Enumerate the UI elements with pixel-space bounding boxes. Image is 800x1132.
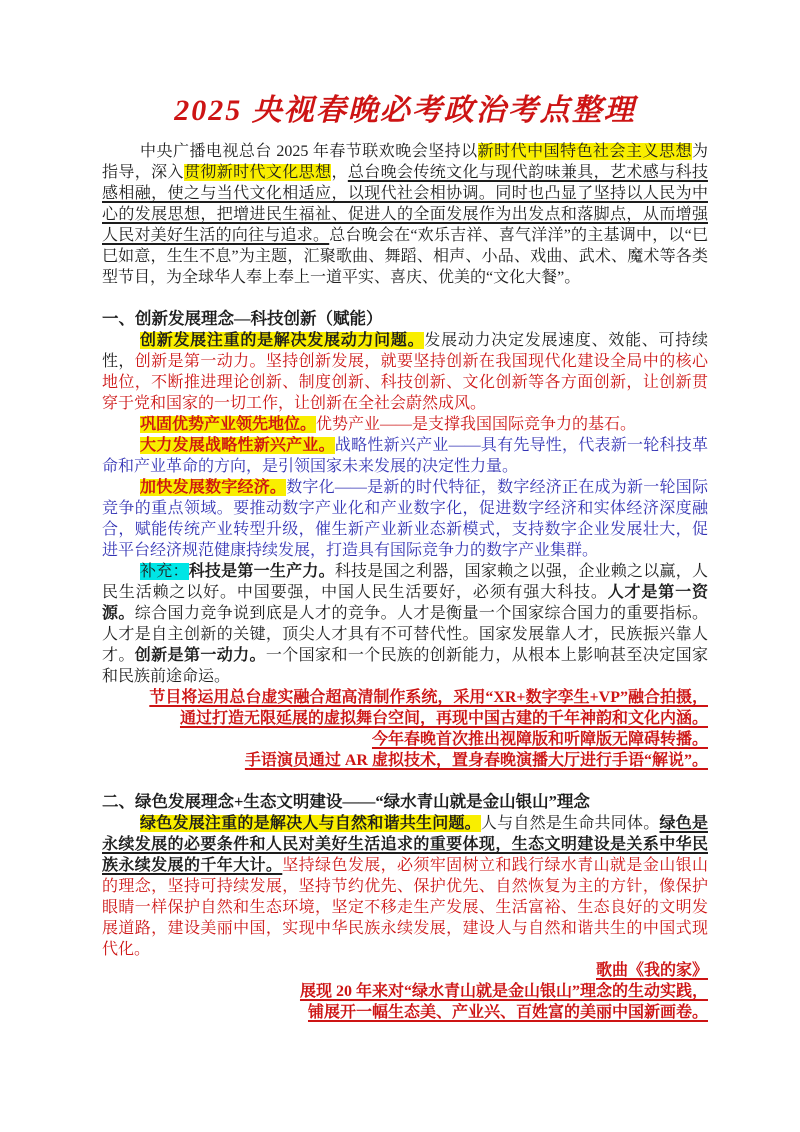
text-run: 绿色发展注重的是解决人与自然和谐共生问题。: [140, 815, 481, 832]
paragraph: 创新发展注重的是解决发展动力问题。发展动力决定发展速度、效能、可持续性，创新是第…: [102, 330, 708, 414]
text-run: 优势产业——是支撑我国国际竞争力的基石。: [316, 416, 636, 433]
text-run: 创新发展注重的是解决发展动力问题。: [140, 332, 424, 349]
text-run: 贯彻新时代文化思想: [184, 164, 332, 181]
paragraph: 加快发展数字经济。数字化——是新的时代特征，数字经济正在成为新一轮国际竞争的重点…: [102, 477, 708, 561]
section-heading: 一、创新发展理念—科技创新（赋能）: [102, 308, 708, 330]
section-heading: 二、绿色发展理念+生态文明建设——“绿水青山就是金山银山”理念: [102, 791, 708, 813]
text-run: ，: [331, 164, 347, 181]
text-run: 歌曲《我的家》: [596, 962, 708, 979]
document-body: 中央广播电视总台 2025 年春节联欢晚会坚持以新时代中国特色社会主义思想为指导…: [102, 141, 708, 1023]
paragraph: 大力发展战略性新兴产业。战略性新兴产业——具有先导性，代表新一轮科技革命和产业革…: [102, 435, 708, 477]
annotation-line: 展现 20 年来对“绿水青山就是金山银山”理念的生动实践，: [102, 981, 708, 1002]
text-run: 中央广播电视总台 2025 年春节联欢晚会坚持以: [140, 143, 478, 160]
text-run: 科技是第一生产力。: [189, 563, 335, 580]
annotation-line: 铺展开一幅生态美、产业兴、百姓富的美丽中国新画卷。: [102, 1002, 708, 1023]
paragraph: 补充：科技是第一生产力。科技是国之利器，国家赖之以强，企业赖之以赢，人民生活赖之…: [102, 561, 708, 687]
annotation-line: 手语演员通过 AR 虚拟技术，置身春晚演播大厅进行手语“解说”。: [102, 750, 708, 771]
paragraph: 巩固优势产业领先地位。优势产业——是支撑我国国际竞争力的基石。: [102, 414, 708, 435]
paragraph: 绿色发展注重的是解决人与自然和谐共生问题。人与自然是生命共同体。绿色是永续发展的…: [102, 813, 708, 960]
document-title: 2025 央视春晚必考政治考点整理: [102, 94, 708, 128]
text-run: 补充：: [140, 563, 189, 580]
annotation-line: 今年春晚首次推出视障版和听障版无障碍转播。: [102, 729, 708, 750]
text-run: 今年春晚首次推出视障版和听障版无障碍转播。: [372, 731, 708, 748]
annotation-line: 节目将运用总台虚实融合超高清制作系统，采用“XR+数字孪生+VP”融合拍摄，: [102, 687, 708, 708]
annotation-line: 通过打造无限延展的虚拟舞台空间，再现中国古建的千年神韵和文化内涵。: [102, 708, 708, 729]
text-run: 通过打造无限延展的虚拟舞台空间，再现中国古建的千年神韵和文化内涵。: [180, 710, 708, 727]
text-run: 大力发展战略性新兴产业。: [140, 437, 335, 454]
text-run: 巩固优势产业领先地位。: [140, 416, 316, 433]
text-run: 创新是第一动力。: [135, 647, 266, 664]
text-run: 节目将运用总台虚实融合超高清制作系统，采用“XR+数字孪生+VP”融合拍摄，: [149, 689, 708, 706]
text-run: 新时代中国特色社会主义思想: [478, 143, 692, 160]
text-run: 加快发展数字经济。: [140, 479, 286, 496]
paragraph: 中央广播电视总台 2025 年春节联欢晚会坚持以新时代中国特色社会主义思想为指导…: [102, 141, 708, 288]
text-run: 铺展开一幅生态美、产业兴、百姓富的美丽中国新画卷。: [308, 1004, 708, 1021]
text-run: 展现 20 年来对“绿水青山就是金山银山”理念的生动实践，: [300, 983, 708, 1000]
text-run: 手语演员通过 AR 虚拟技术，置身春晚演播大厅进行手语“解说”。: [245, 752, 708, 769]
text-run: 人与自然是生命共同体。: [481, 815, 660, 832]
text-run: 二、绿色发展理念+生态文明建设——“绿水青山就是金山银山”理念: [102, 792, 590, 811]
annotation-line: 歌曲《我的家》: [102, 960, 708, 981]
text-run: 一、创新发展理念—科技创新（赋能）: [102, 309, 383, 328]
document-page: 2025 央视春晚必考政治考点整理 中央广播电视总台 2025 年春节联欢晚会坚…: [0, 0, 800, 1132]
text-run: 创新是第一动力。坚持创新发展，就要坚持创新在我国现代化建设全局中的核心地位，不断…: [102, 353, 708, 412]
